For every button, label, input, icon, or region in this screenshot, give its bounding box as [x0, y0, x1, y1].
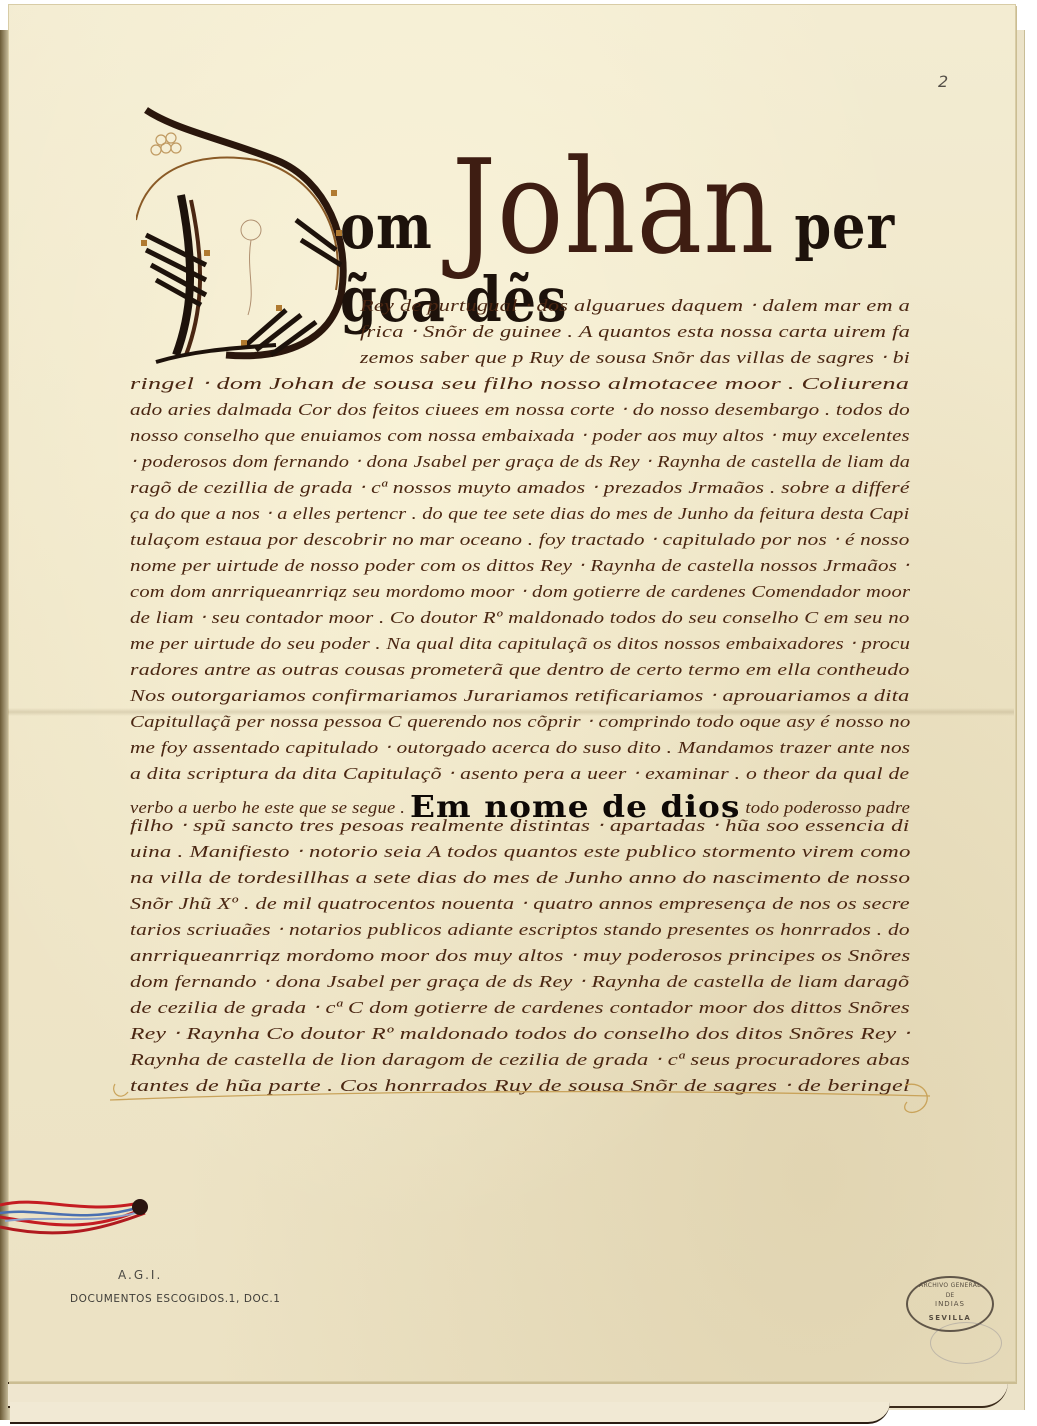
manuscript-line: nosso conselho que enuiamos com nossa em…	[130, 426, 910, 446]
stamp-line-1: ARCHIVO GENERAL	[908, 1282, 992, 1289]
manuscript-line: ragõ de cezillia de grada ‧ cª nossos mu…	[130, 478, 910, 498]
manuscript-line: Raynha de castella de lion daragom de ce…	[130, 1050, 910, 1070]
line-text: ado aries dalmada Cor dos feitos ciuees …	[130, 400, 910, 419]
manuscript-line: de cezilia de grada ‧ cª C dom gotierre …	[130, 998, 910, 1018]
manuscript-line: de liam ‧ seu contador moor . Co doutor …	[130, 608, 910, 628]
line-text-after: todo poderosso padre	[745, 798, 910, 817]
line-text: ragõ de cezillia de grada ‧ cª nossos mu…	[130, 478, 910, 497]
manuscript-line: na villa de tordesillhas a sete dias do …	[130, 868, 910, 888]
manuscript-line: me foy assentado capitulado ‧ outorgado …	[130, 738, 910, 758]
manuscript-line: ado aries dalmada Cor dos feitos ciuees …	[130, 400, 910, 420]
manuscript-line: frica ‧ Snõr de guinee . A quantos esta …	[360, 322, 910, 342]
manuscript-line: Rey de purtugual ‧ dos alguarues daquem …	[360, 296, 910, 316]
stamp-line-2: DE	[908, 1292, 992, 1299]
line-text: nosso conselho que enuiamos com nossa em…	[130, 426, 910, 445]
line-text: dom fernando ‧ dona Jsabel per graça de …	[130, 972, 909, 991]
line-text: nome per uirtude de nosso poder com os d…	[130, 556, 910, 575]
manuscript-line: ‧ poderosos dom fernando ‧ dona Jsabel p…	[130, 452, 910, 472]
manuscript-line: filho ‧ spũ sancto tres pesoas realmente…	[130, 816, 910, 836]
line-text: Capitullaçã per nossa pessoa C querendo …	[130, 712, 910, 731]
line-text: Raynha de castella de lion daragom de ce…	[130, 1050, 910, 1069]
line-text: Rey ‧ Raynha Co doutor Rº maldonado todo…	[130, 1024, 910, 1043]
manuscript-line: Snõr Jhũ Xº . de mil quatrocentos nouent…	[130, 894, 910, 914]
manuscript-line: me per uirtude do seu poder . Na qual di…	[130, 634, 910, 654]
seal-cords-icon	[0, 1185, 160, 1245]
line-text: na villa de tordesillhas a sete dias do …	[130, 868, 910, 887]
line-text: frica ‧ Snõr de guinee . A quantos esta …	[360, 322, 910, 341]
manuscript-line: zemos saber que p Ruy de sousa Snõr das …	[360, 348, 910, 368]
stamp-line-4: SEVILLA	[908, 1314, 992, 1322]
manuscript-line: ça do que a nos ‧ a elles pertencr . do …	[130, 504, 909, 524]
archive-reference: DOCUMENTOS ESCOGIDOS.1, DOC.1	[70, 1293, 281, 1305]
manuscript-line: a dita scriptura da dita Capitulaçõ ‧ as…	[130, 764, 909, 784]
line-text: anrriqueanrriqz mordomo moor dos muy alt…	[130, 946, 911, 965]
manuscript-line: ringel ‧ dom Johan de sousa seu filho no…	[130, 374, 909, 394]
closing-flourish-line	[110, 1082, 930, 1106]
line-text: ça do que a nos ‧ a elles pertencr . do …	[130, 504, 909, 523]
illuminated-initial-d-icon	[136, 100, 366, 370]
line-text: com dom anrriqueanrriqz seu mordomo moor…	[130, 582, 910, 601]
line-text: verbo a uerbo he este que se segue .	[130, 798, 405, 817]
line-text: me foy assentado capitulado ‧ outorgado …	[130, 738, 910, 757]
line-text: Snõr Jhũ Xº . de mil quatrocentos nouent…	[130, 894, 910, 913]
manuscript-line: nome per uirtude de nosso poder com os d…	[130, 556, 910, 576]
line-text: ‧ poderosos dom fernando ‧ dona Jsabel p…	[130, 452, 910, 471]
line-text: ringel ‧ dom Johan de sousa seu filho no…	[130, 374, 909, 393]
folio-number: 2	[938, 72, 948, 91]
line-text: tarios scriuaães ‧ notarios publicos adi…	[130, 920, 910, 939]
manuscript-line: com dom anrriqueanrriqz seu mordomo moor…	[130, 582, 910, 602]
stamp-ghost-impression	[930, 1322, 1002, 1364]
line-text: tulaçom estaua por descobrir no mar ocea…	[130, 530, 910, 549]
manuscript-line: anrriqueanrriqz mordomo moor dos muy alt…	[130, 946, 911, 966]
manuscript-line: tulaçom estaua por descobrir no mar ocea…	[130, 530, 910, 550]
stamp-line-3: INDIAS	[908, 1300, 992, 1308]
manuscript-line: Nos outorgariamos confirmariamos Juraria…	[130, 686, 910, 706]
manuscript-line: tarios scriuaães ‧ notarios publicos adi…	[130, 920, 910, 940]
heading-word-om: om	[340, 190, 433, 263]
line-text: zemos saber que p Ruy de sousa Snõr das …	[360, 348, 910, 367]
line-text: radores antre as outras cousas prometerã…	[130, 660, 910, 679]
archive-label: A.G.I.	[118, 1268, 162, 1282]
line-text: Rey de purtugual ‧ dos alguarues daquem …	[360, 296, 910, 315]
manuscript-line: Capitullaçã per nossa pessoa C querendo …	[130, 712, 910, 732]
line-text: de liam ‧ seu contador moor . Co doutor …	[130, 608, 910, 627]
line-text: de cezilia de grada ‧ cª C dom gotierre …	[130, 998, 910, 1017]
heading-word-per: per	[794, 190, 895, 263]
line-text: me per uirtude do seu poder . Na qual di…	[130, 634, 910, 653]
line-text: filho ‧ spũ sancto tres pesoas realmente…	[130, 816, 910, 835]
line-text: Nos outorgariamos confirmariamos Juraria…	[130, 686, 910, 705]
bottom-leaf-edge-2	[10, 1402, 890, 1424]
manuscript-line: radores antre as outras cousas prometerã…	[130, 660, 910, 680]
manuscript-line: dom fernando ‧ dona Jsabel per graça de …	[130, 972, 909, 992]
line-text: uina . Manifiesto ‧ notorio seia A todos…	[130, 842, 911, 861]
manuscript-line: uina . Manifiesto ‧ notorio seia A todos…	[130, 842, 911, 862]
right-flourish-icon	[895, 1080, 945, 1120]
manuscript-line: Rey ‧ Raynha Co doutor Rº maldonado todo…	[130, 1024, 910, 1044]
line-text: a dita scriptura da dita Capitulaçõ ‧ as…	[130, 764, 909, 783]
